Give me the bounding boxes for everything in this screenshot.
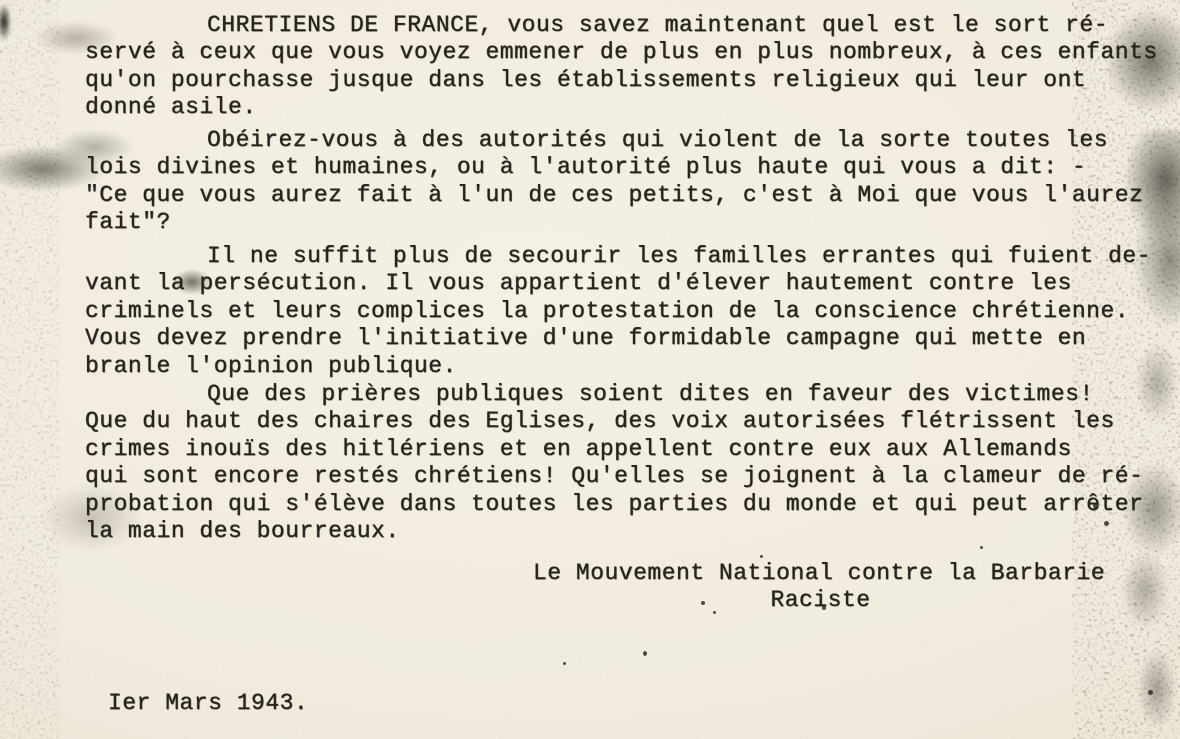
document-text: CHRETIENS DE FRANCE, vous savez maintena… <box>0 0 1180 739</box>
text-line: qui sont encore restés chrétiens! Qu'ell… <box>85 463 1180 490</box>
paragraph-chretiens-de-france: CHRETIENS DE FRANCE, vous savez maintena… <box>85 12 1180 122</box>
text-line: Il ne suffit plus de secourir les famill… <box>85 243 1180 270</box>
paragraph-il-ne-suffit-plus: Il ne suffit plus de secourir les famill… <box>85 243 1180 380</box>
text-line: vant la persécution. Il vous appartient … <box>85 270 1180 297</box>
date-line: Ier Mars 1943. <box>108 690 308 717</box>
text-line: lois divines et humaines, ou à l'autorit… <box>85 154 1180 181</box>
text-line: crimes inouïs des hitlériens et en appel… <box>85 436 1180 463</box>
text-line: Que des prières publiques soient dites e… <box>85 381 1180 408</box>
signature-block: Le Mouvement National contre la Barbarie… <box>533 560 1108 615</box>
text-line: fait"? <box>85 209 1180 236</box>
paragraph-obeirez-vous: Obéirez-vous à des autorités qui violent… <box>85 127 1180 237</box>
text-line: Vous devez prendre l'initiative d'une fo… <box>85 325 1180 352</box>
text-line: Obéirez-vous à des autorités qui violent… <box>85 127 1180 154</box>
signature-line-2: Raciste <box>533 587 1108 614</box>
text-line: CHRETIENS DE FRANCE, vous savez maintena… <box>85 12 1180 39</box>
text-line: criminels et leurs complices la protesta… <box>85 298 1180 325</box>
text-line: Que du haut des chaires des Eglises, des… <box>85 408 1180 435</box>
text-line: probation qui s'élève dans toutes les pa… <box>85 491 1180 518</box>
text-line: branle l'opinion publique. <box>85 353 1180 380</box>
text-line: servé à ceux que vous voyez emmener de p… <box>85 39 1180 66</box>
scanned-document-page: CHRETIENS DE FRANCE, vous savez maintena… <box>0 0 1180 739</box>
signature-line-1: Le Mouvement National contre la Barbarie <box>533 560 1108 587</box>
text-line: donné asile. <box>85 94 1180 121</box>
text-line: "Ce que vous aurez fait à l'un de ces pe… <box>85 182 1180 209</box>
text-line: la main des bourreaux. <box>85 518 1180 545</box>
text-line: qu'on pourchasse jusque dans les établis… <box>85 67 1180 94</box>
paragraph-prieres-publiques: Que des prières publiques soient dites e… <box>85 381 1180 545</box>
